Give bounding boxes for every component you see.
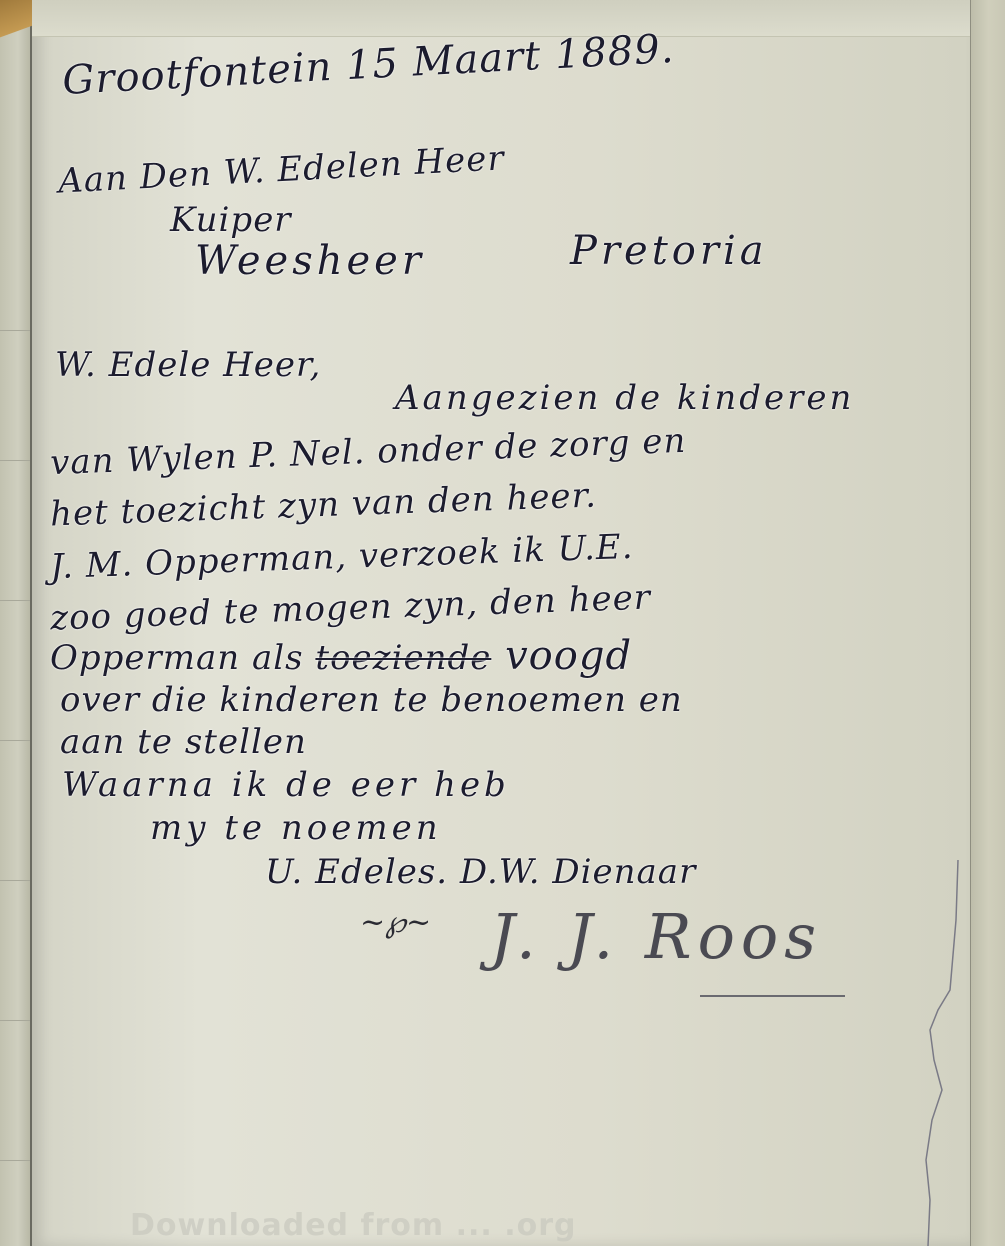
struck-word: toeziende	[315, 638, 491, 678]
body-line-8: aan te stellen	[60, 722, 307, 762]
addressee-line-2: Kuiper	[170, 200, 292, 240]
addressee-city: Pretoria	[570, 228, 768, 274]
closing-line-1: Waarna ik de eer heb	[62, 765, 510, 805]
body-line-6: Opperman als toeziende voogd	[50, 633, 632, 679]
signature-underline	[700, 995, 845, 997]
body-line-1: Aangezien de kinderen	[395, 378, 854, 418]
sheet-top-edge	[32, 0, 970, 37]
adjacent-page-edge	[0, 0, 32, 1246]
book-right-margin	[970, 0, 1005, 1246]
watermark: Downloaded from ... .org	[130, 1208, 577, 1243]
ink-flourish: ~℘~	[360, 905, 431, 940]
signature: J. J. Roos	[490, 900, 822, 973]
closing-line-2: my te noemen	[150, 808, 442, 848]
body-line-6-after: voogd	[491, 633, 632, 679]
addressee-line-3: Weesheer	[195, 238, 425, 284]
torn-paper-edge	[900, 860, 970, 1246]
body-line-7: over die kinderen te benoemen en	[60, 680, 683, 720]
salutation: W. Edele Heer,	[55, 345, 321, 385]
closing-line-3: U. Edeles. D.W. Dienaar	[265, 852, 696, 892]
body-line-6-before: Opperman als	[50, 638, 315, 678]
